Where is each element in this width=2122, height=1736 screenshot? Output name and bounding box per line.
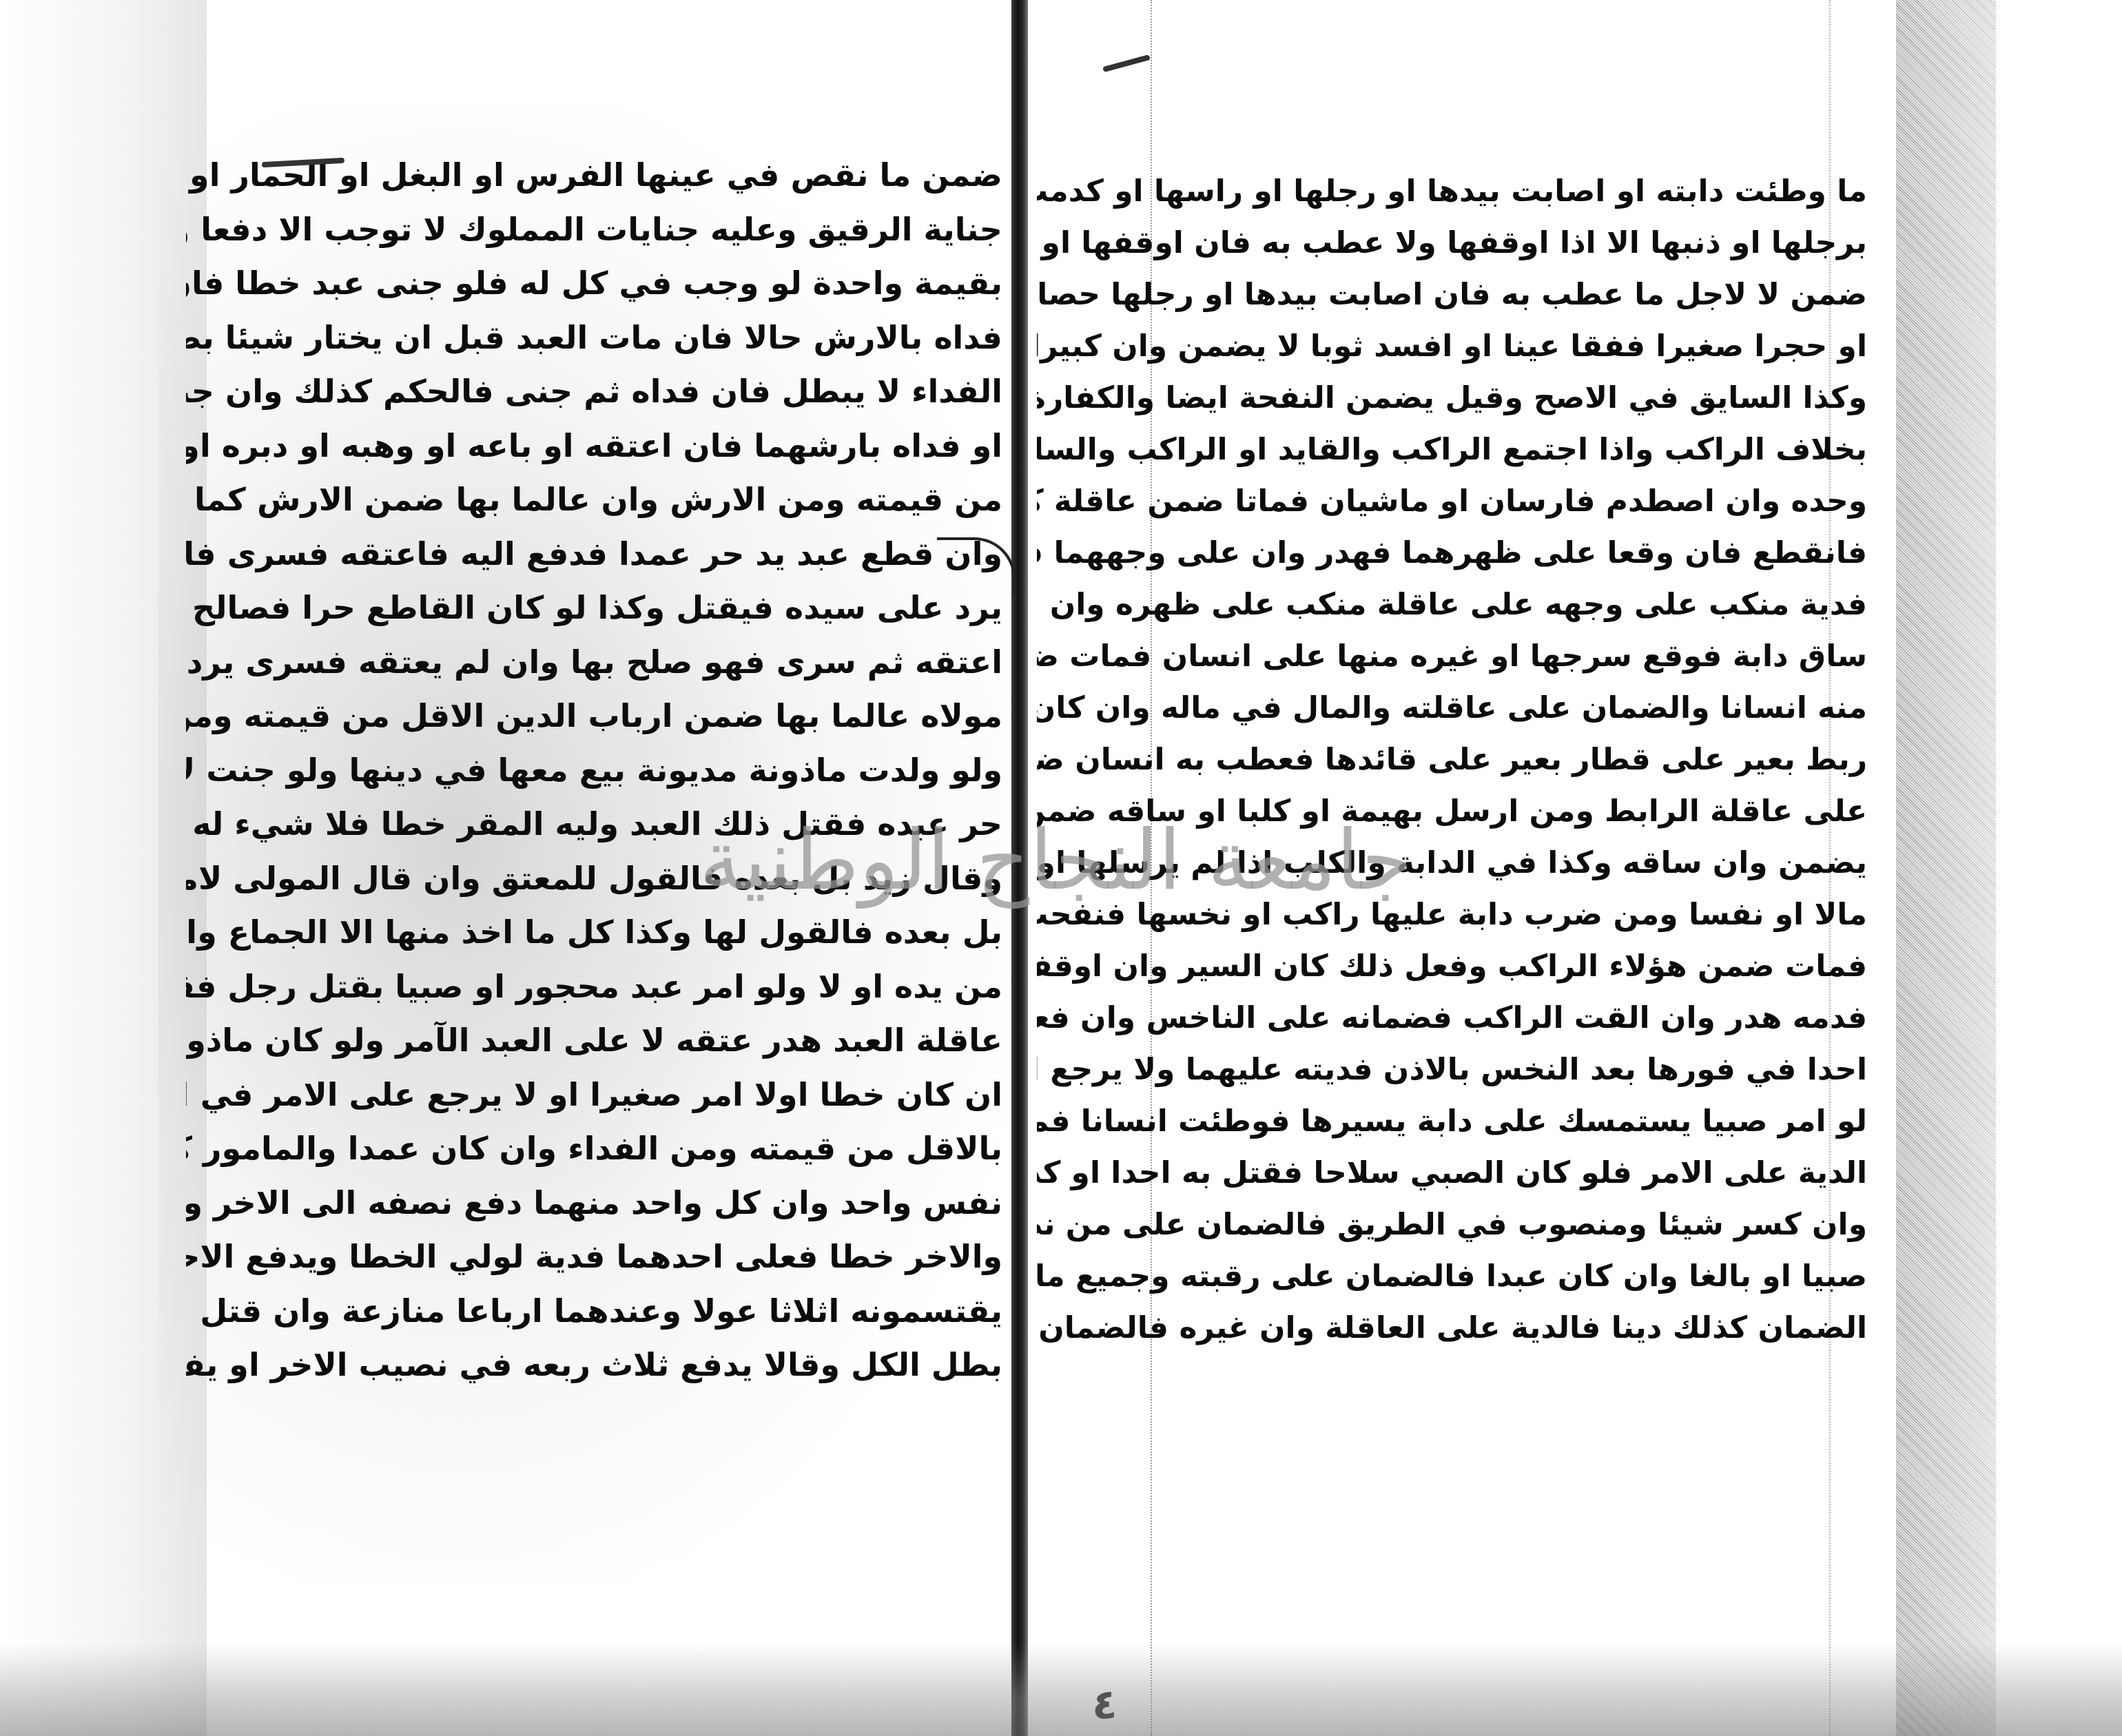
left-page-text: ضمن ما نقص في عينها الفرس او البغل او ال… (186, 148, 1002, 1392)
text-line: يضمن وان ساقه وكذا في الدابة والكلب اذا … (1037, 837, 1867, 889)
text-line: فدية منكب على وجهه على عاقلة منكب على ظه… (1037, 579, 1867, 630)
text-line: فانقطع فان وقعا على ظهرهما فهدر وان على … (1037, 527, 1867, 579)
text-line: من يده او لا ولو امر عبد محجور او صبيا ب… (186, 960, 1002, 1014)
text-line: الدية على الامر فلو كان الصبي سلاحا فقتل… (1037, 1147, 1867, 1199)
text-line: فداه بالارش حالا فان مات العبد قبل ان يخ… (186, 311, 1002, 365)
text-line: يقتسمونه اثلاثا عولا وعندهما ارباعا مناز… (186, 1284, 1002, 1339)
text-line: وكذا السايق في الاصح وقيل يضمن النفحة اي… (1037, 372, 1867, 424)
text-line: عاقلة العبد هدر عتقه لا على العبد الآمر … (186, 1013, 1002, 1068)
text-line: بخلاف الراكب واذا اجتمع الراكب والقايد ا… (1037, 424, 1867, 475)
text-line: بطل الكل وقالا يدفع ثلاث ربعه في نصيب ال… (186, 1338, 1002, 1392)
text-line: وان قطع عبد يد حر عمدا فدفع اليه فاعتقه … (186, 527, 1002, 581)
text-line: بقيمة واحدة لو وجب في كل له فلو جنى عبد … (186, 256, 1002, 311)
text-line: الفداء لا يبطل فان فداه ثم جنى فالحكم كذ… (186, 364, 1002, 419)
text-line: او فداه بارشهما فان اعتقه او باعه او وهب… (186, 419, 1002, 473)
text-line: او حجرا صغيرا ففقا عينا او افسد ثوبا لا … (1037, 320, 1867, 372)
text-line: لو امر صبيا يستمسك على دابة يسيرها فوطئت… (1037, 1095, 1867, 1147)
right-page-edge-fade (1896, 0, 1996, 1736)
text-line: بالاقل من قيمته ومن الفداء وان كان عمدا … (186, 1122, 1002, 1176)
text-line: على عاقلة الرابط ومن ارسل بهيمة او كلبا … (1037, 785, 1867, 837)
text-line: الضمان كذلك دينا فالدية على العاقلة وان … (1037, 1302, 1867, 1354)
bottom-page-shadow (0, 1643, 2122, 1736)
text-line: وقال زيد بل بعده فالقول للمعتق وان قال ا… (186, 851, 1002, 906)
text-line: والاخر خطا فعلى احدهما فدية لولي الخطا و… (186, 1230, 1002, 1284)
text-line: ما وطئت دابته او اصابت بيدها او رجلها او… (1037, 165, 1867, 217)
text-line: صبيا او بالغا وان كان عبدا فالضمان على ر… (1037, 1250, 1867, 1302)
book-spine (1011, 0, 1028, 1736)
text-line: ضمن ما نقص في عينها الفرس او البغل او ال… (186, 148, 1002, 203)
text-line: يرد على سيده فيقتل وكذا لو كان القاطع حر… (186, 581, 1002, 635)
text-line: وحده وان اصطدم فارسان او ماشيان فماتا ضم… (1037, 475, 1867, 527)
decorative-flourish (1102, 54, 1151, 72)
text-line: مالا او نفسا ومن ضرب دابة عليها راكب او … (1037, 889, 1867, 940)
text-line: حر عبده فقتل ذلك العبد وليه المقر خطا فل… (186, 797, 1002, 851)
text-line: برجلها او ذنبها الا اذا اوقفها ولا عطب ب… (1037, 217, 1867, 269)
text-line: احدا في فورها بعد النخس بالاذن فديته علي… (1037, 1044, 1867, 1095)
text-line: وان كسر شيئا ومنصوب في الطريق فالضمان عل… (1037, 1199, 1867, 1250)
text-line: جناية الرقيق وعليه جنايات المملوك لا توج… (186, 203, 1002, 257)
text-line: مولاه عالما بها ضمن ارباب الدين الاقل من… (186, 689, 1002, 743)
manuscript-scan: ما وطئت دابته او اصابت بيدها او رجلها او… (0, 0, 2122, 1736)
text-line: منه انسانا والضمان على عاقلته والمال في … (1037, 682, 1867, 734)
text-line: ولو ولدت ماذونة مديونة بيع معها في دينها… (186, 743, 1002, 798)
right-page-text: ما وطئت دابته او اصابت بيدها او رجلها او… (1037, 165, 1867, 1354)
text-line: ربط بعير على قطار بعير على قائدها فعطب ب… (1037, 734, 1867, 785)
text-line: ساق دابة فوقع سرجها او غيره منها على انس… (1037, 630, 1867, 682)
text-line: بل بعده فالقول لها وكذا كل ما اخذ منها ا… (186, 905, 1002, 960)
text-line: فدمه هدر وان القت الراكب فضمانه على النا… (1037, 992, 1867, 1044)
text-line: ان كان خطا اولا امر صغيرا او لا يرجع على… (186, 1068, 1002, 1122)
text-line: فمات ضمن هؤلاء الراكب وفعل ذلك كان السير… (1037, 940, 1867, 992)
text-line: اعتقه ثم سرى فهو صلح بها وان لم يعتقه فس… (186, 635, 1002, 690)
text-line: ضمن لا لاجل ما عطب به فان اصابت بيدها او… (1037, 269, 1867, 320)
text-line: من قيمته ومن الارش وان عالما بها ضمن الا… (186, 473, 1002, 527)
text-line: نفس واحد وان كل واحد منهما دفع نصفه الى … (186, 1176, 1002, 1230)
